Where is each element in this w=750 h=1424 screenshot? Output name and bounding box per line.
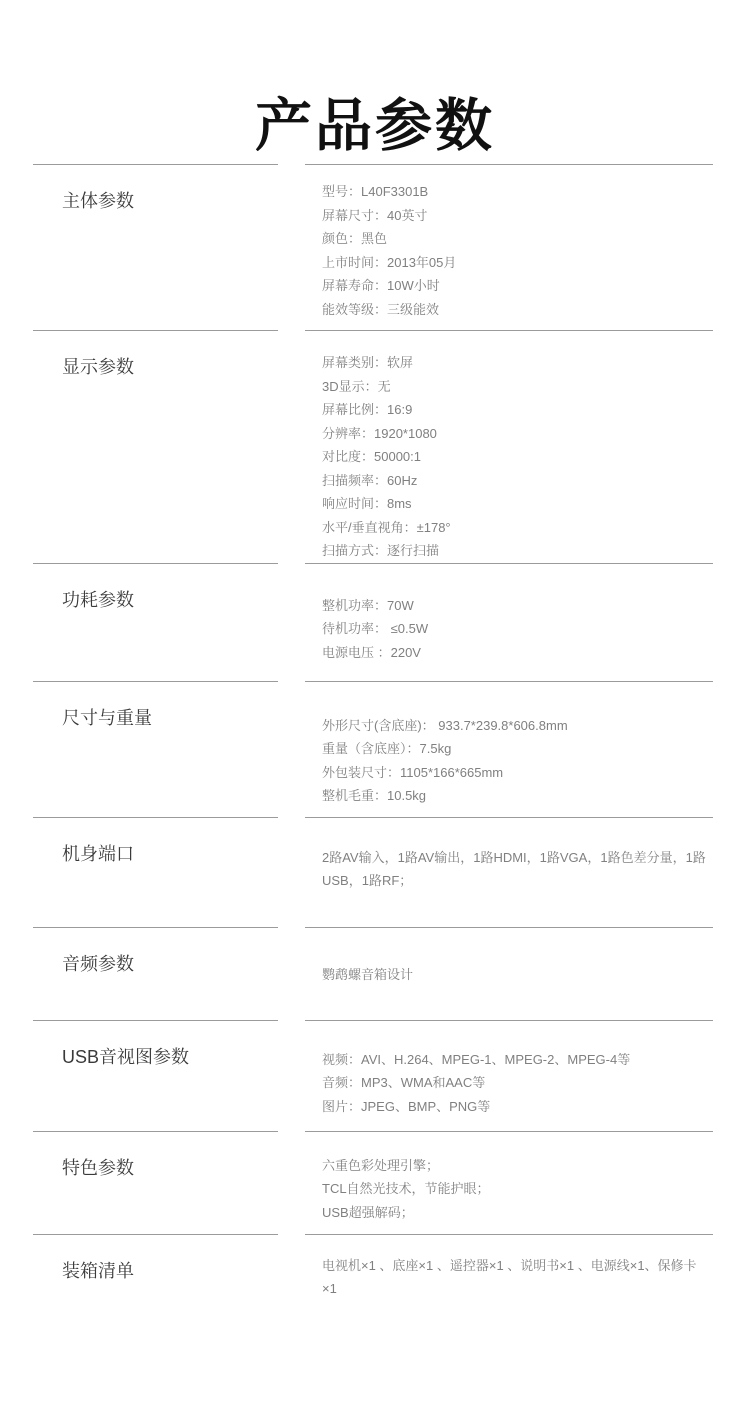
spec-line: 水平/垂直视角：±178°	[322, 516, 711, 540]
section-label: 尺寸与重量	[33, 681, 278, 817]
section-power-params: 功耗参数 整机功率：70W 待机功率： ≤0.5W 电源电压 ：220V	[33, 563, 713, 681]
section-content: 2路AV输入，1路AV输出，1路HDMI，1路VGA，1路色差分量，1路USB，…	[305, 817, 713, 927]
spec-line: 电视机×1 、底座×1 、遥控器×1 、说明书×1 、电源线×1、保修卡×1	[322, 1254, 711, 1301]
spec-line: 屏幕类别：软屏	[322, 351, 711, 375]
section-content: 外形尺寸(含底座)： 933.7*239.8*606.8mm 重量（含底座）：7…	[305, 681, 713, 817]
spec-line: 能效等级：三级能效	[322, 298, 711, 322]
section-main-params: 主体参数 型号：L40F3301B 屏幕尺寸：40英寸 颜色：黑色 上市时间：2…	[33, 164, 713, 330]
section-content: 鹦鹉螺音箱设计	[305, 927, 713, 1020]
page-title: 产品参数	[0, 0, 750, 164]
section-content: 六重色彩处理引擎； TCL自然光技术，节能护眼； USB超强解码；	[305, 1131, 713, 1234]
section-label: 特色参数	[33, 1131, 278, 1234]
product-spec-page: { "page": { "title": "产品参数" }, "colors":…	[0, 0, 750, 1424]
spec-line: 外形尺寸(含底座)： 933.7*239.8*606.8mm	[322, 714, 711, 738]
section-label: USB音视图参数	[33, 1020, 278, 1131]
section-display-params: 显示参数 屏幕类别：软屏 3D显示：无 屏幕比例：16:9 分辨率：1920*1…	[33, 330, 713, 563]
spec-line: 重量（含底座）：7.5kg	[322, 737, 711, 761]
spec-line: 音频：MP3、WMA和AAC等	[322, 1071, 711, 1095]
spec-line: 待机功率： ≤0.5W	[322, 617, 711, 641]
section-size-weight: 尺寸与重量 外形尺寸(含底座)： 933.7*239.8*606.8mm 重量（…	[33, 681, 713, 817]
spec-line: 视频：AVI、H.264、MPEG-1、MPEG-2、MPEG-4等	[322, 1048, 711, 1072]
section-content: 屏幕类别：软屏 3D显示：无 屏幕比例：16:9 分辨率：1920*1080 对…	[305, 330, 713, 563]
spec-line: 2路AV输入，1路AV输出，1路HDMI，1路VGA，1路色差分量，1路USB，…	[322, 846, 711, 893]
section-label: 显示参数	[33, 330, 278, 563]
spec-line: 响应时间：8ms	[322, 492, 711, 516]
spec-line: 整机功率：70W	[322, 594, 711, 618]
spec-line: 颜色：黑色	[322, 227, 711, 251]
spec-line: USB超强解码；	[322, 1201, 711, 1225]
spec-line: 扫描频率：60Hz	[322, 469, 711, 493]
spec-line: TCL自然光技术，节能护眼；	[322, 1177, 711, 1201]
section-content: 整机功率：70W 待机功率： ≤0.5W 电源电压 ：220V	[305, 563, 713, 681]
spec-line: 电源电压 ：220V	[322, 641, 711, 665]
spec-line: 图片：JPEG、BMP、PNG等	[322, 1095, 711, 1119]
spec-line: 屏幕比例：16:9	[322, 398, 711, 422]
spec-line: 分辨率：1920*1080	[322, 422, 711, 446]
section-feature-params: 特色参数 六重色彩处理引擎； TCL自然光技术，节能护眼； USB超强解码；	[33, 1131, 713, 1234]
spec-line: 整机毛重：10.5kg	[322, 784, 711, 808]
section-usb-media-params: USB音视图参数 视频：AVI、H.264、MPEG-1、MPEG-2、MPEG…	[33, 1020, 713, 1131]
spec-line: 对比度：50000:1	[322, 445, 711, 469]
section-label: 机身端口	[33, 817, 278, 927]
section-label: 主体参数	[33, 164, 278, 330]
spec-line: 鹦鹉螺音箱设计	[322, 963, 711, 987]
section-label: 装箱清单	[33, 1234, 278, 1374]
section-content: 电视机×1 、底座×1 、遥控器×1 、说明书×1 、电源线×1、保修卡×1	[305, 1234, 713, 1374]
spec-line: 屏幕尺寸：40英寸	[322, 204, 711, 228]
section-label: 功耗参数	[33, 563, 278, 681]
spec-line: 六重色彩处理引擎；	[322, 1154, 711, 1178]
section-content: 视频：AVI、H.264、MPEG-1、MPEG-2、MPEG-4等 音频：MP…	[305, 1020, 713, 1131]
spec-line: 3D显示：无	[322, 375, 711, 399]
spec-line: 上市时间：2013年05月	[322, 251, 711, 275]
section-content: 型号：L40F3301B 屏幕尺寸：40英寸 颜色：黑色 上市时间：2013年0…	[305, 164, 713, 330]
section-ports: 机身端口 2路AV输入，1路AV输出，1路HDMI，1路VGA，1路色差分量，1…	[33, 817, 713, 927]
spec-table: 主体参数 型号：L40F3301B 屏幕尺寸：40英寸 颜色：黑色 上市时间：2…	[33, 164, 713, 1374]
spec-line: 屏幕寿命：10W小时	[322, 274, 711, 298]
section-label: 音频参数	[33, 927, 278, 1020]
spec-line: 扫描方式：逐行扫描	[322, 539, 711, 563]
section-packing-list: 装箱清单 电视机×1 、底座×1 、遥控器×1 、说明书×1 、电源线×1、保修…	[33, 1234, 713, 1374]
section-audio-params: 音频参数 鹦鹉螺音箱设计	[33, 927, 713, 1020]
spec-line: 外包装尺寸：1105*166*665mm	[322, 761, 711, 785]
spec-line: 型号：L40F3301B	[322, 180, 711, 204]
